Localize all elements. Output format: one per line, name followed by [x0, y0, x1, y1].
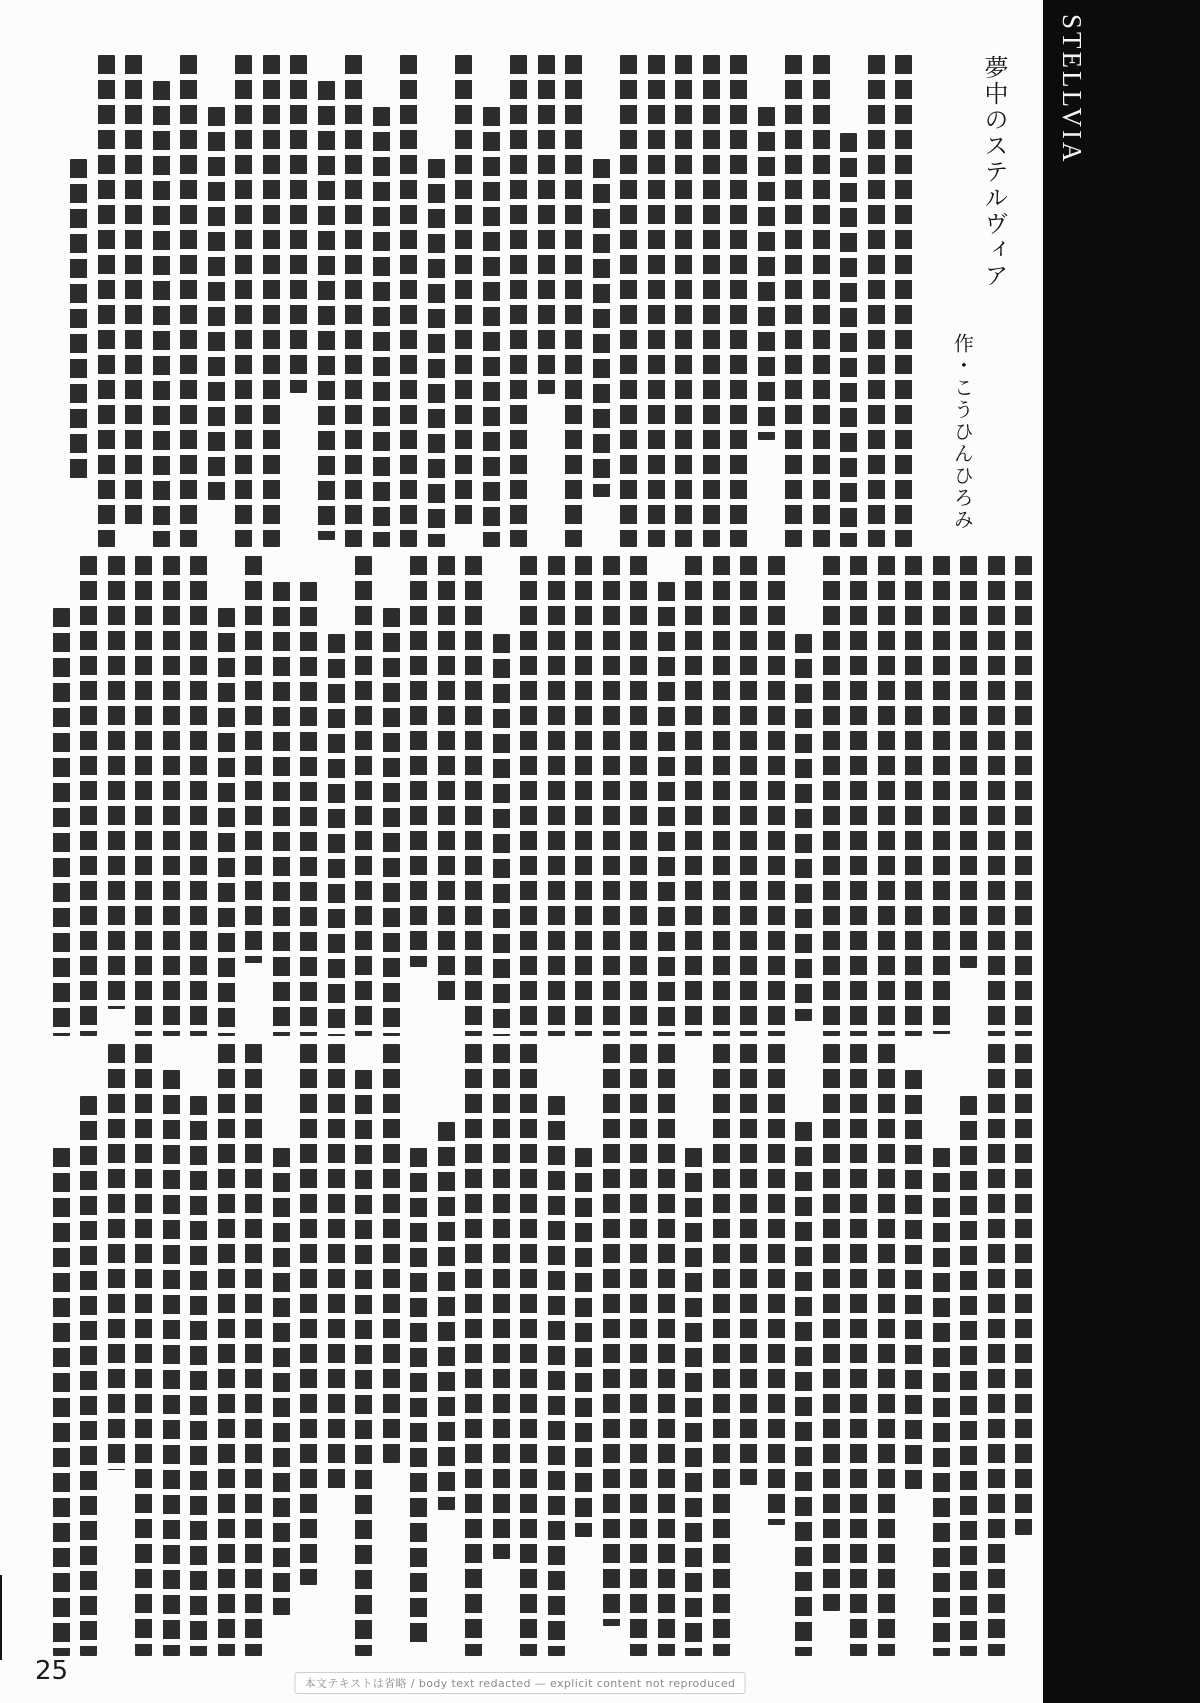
redacted-column — [163, 1070, 180, 1656]
redacted-column — [218, 608, 235, 1036]
redacted-column — [410, 556, 427, 967]
redacted-column — [768, 1044, 785, 1525]
redacted-column — [410, 1148, 427, 1645]
redacted-column — [318, 81, 335, 540]
author-credit: 作・こうひんひろみ — [950, 55, 973, 531]
redacted-column — [235, 55, 252, 547]
redacted-column — [273, 1148, 290, 1615]
article-title: 夢中のステルヴィア — [979, 55, 1007, 289]
redacted-column — [813, 55, 830, 547]
redacted-column — [933, 556, 950, 1034]
redacted-column — [108, 1044, 125, 1470]
redacted-column — [548, 556, 565, 1036]
page-number: 25 — [35, 1656, 68, 1686]
redacted-column — [905, 556, 922, 1036]
redacted-column — [163, 556, 180, 1036]
redacted-column — [455, 55, 472, 525]
redacted-column — [565, 55, 582, 547]
redacted-column — [245, 1044, 262, 1656]
redacted-column — [823, 556, 840, 1036]
redacted-column — [355, 556, 372, 1036]
redacted-column — [263, 55, 280, 547]
redacted-column — [740, 1044, 757, 1485]
redacted-column — [785, 55, 802, 547]
redacted-column — [630, 1044, 647, 1656]
redacted-column — [190, 1096, 207, 1656]
redaction-notice: 本文テキストは省略 / body text redacted — explici… — [295, 1672, 746, 1694]
redacted-column — [758, 107, 775, 440]
redacted-column — [895, 55, 912, 547]
stellvia-logo: STELLVIA — [1056, 14, 1087, 194]
redacted-column — [603, 1044, 620, 1626]
redacted-column — [493, 1044, 510, 1559]
scan-page: STELLVIA 夢中のステルヴィア 作・こうひんひろみ 25 本文テキストは省… — [0, 0, 1200, 1703]
redacted-column — [868, 55, 885, 547]
redacted-column — [768, 556, 785, 1036]
redacted-column — [620, 55, 637, 547]
redacted-column — [988, 556, 1005, 1036]
redacted-column — [135, 556, 152, 1036]
redacted-column — [373, 107, 390, 547]
redacted-column — [383, 608, 400, 1036]
redacted-column — [840, 133, 857, 547]
redacted-column — [510, 55, 527, 547]
redacted-column — [988, 1044, 1005, 1656]
redacted-column — [520, 556, 537, 1036]
redacted-column — [703, 55, 720, 547]
redacted-column — [70, 159, 87, 483]
redacted-column — [1015, 1044, 1032, 1535]
redacted-column — [538, 55, 555, 394]
redacted-column — [218, 1044, 235, 1656]
redacted-column — [108, 556, 125, 1009]
redacted-column — [740, 556, 757, 1036]
redacted-column — [300, 1044, 317, 1585]
redacted-column — [438, 1122, 455, 1510]
redacted-column — [658, 1044, 675, 1656]
redacted-column — [438, 556, 455, 1006]
redacted-column — [905, 1070, 922, 1489]
redacted-column — [53, 608, 70, 1036]
redacted-column — [878, 1044, 895, 1656]
redacted-column — [878, 556, 895, 1036]
text-band-1: 夢中のステルヴィア 作・こうひんひろみ — [17, 55, 1007, 547]
redacted-column — [648, 55, 665, 547]
redacted-column — [713, 556, 730, 1036]
redacted-column — [548, 1096, 565, 1656]
redacted-column — [933, 1148, 950, 1656]
redacted-column — [713, 1044, 730, 1656]
redacted-column — [383, 1044, 400, 1463]
redacted-column — [125, 55, 142, 528]
redacted-column — [53, 1148, 70, 1656]
redacted-column — [493, 634, 510, 1036]
redacted-column — [180, 55, 197, 547]
redacted-column — [483, 107, 500, 547]
redacted-column — [850, 556, 867, 1036]
text-band-3 — [18, 1044, 1032, 1656]
redacted-column — [630, 556, 647, 1036]
redacted-column — [190, 556, 207, 1036]
redacted-column — [520, 1044, 537, 1656]
redacted-column — [603, 556, 620, 1036]
redacted-column — [328, 1044, 345, 1491]
redacted-column — [428, 159, 445, 547]
redacted-column — [208, 107, 225, 500]
redacted-column — [960, 556, 977, 968]
redacted-column — [575, 556, 592, 1036]
redacted-column — [355, 1070, 372, 1656]
redacted-column — [795, 1122, 812, 1656]
redacted-column — [593, 159, 610, 497]
redacted-column — [823, 1044, 840, 1611]
redacted-column — [685, 1148, 702, 1656]
redacted-column — [1015, 556, 1032, 1036]
redacted-column — [685, 556, 702, 1036]
side-panel — [1043, 0, 1200, 1703]
redacted-column — [328, 634, 345, 1036]
redacted-column — [850, 1044, 867, 1656]
redacted-column — [273, 582, 290, 1036]
text-band-2 — [18, 556, 1032, 1036]
redacted-column — [135, 1044, 152, 1656]
redacted-column — [465, 556, 482, 1036]
redacted-column — [290, 55, 307, 393]
redacted-column — [345, 55, 362, 547]
redacted-column — [98, 55, 115, 547]
redacted-column — [80, 556, 97, 1036]
redacted-column — [300, 582, 317, 1036]
redacted-column — [80, 1096, 97, 1656]
redacted-column — [245, 556, 262, 963]
redacted-column — [658, 582, 675, 1036]
redacted-column — [575, 1148, 592, 1537]
redacted-column — [400, 55, 417, 547]
redacted-column — [730, 55, 747, 547]
redacted-column — [675, 55, 692, 547]
redacted-column — [153, 81, 170, 547]
redacted-column — [960, 1096, 977, 1656]
redacted-column — [465, 1044, 482, 1656]
redacted-column — [795, 634, 812, 1021]
scan-edge-artifact — [0, 1575, 2, 1660]
